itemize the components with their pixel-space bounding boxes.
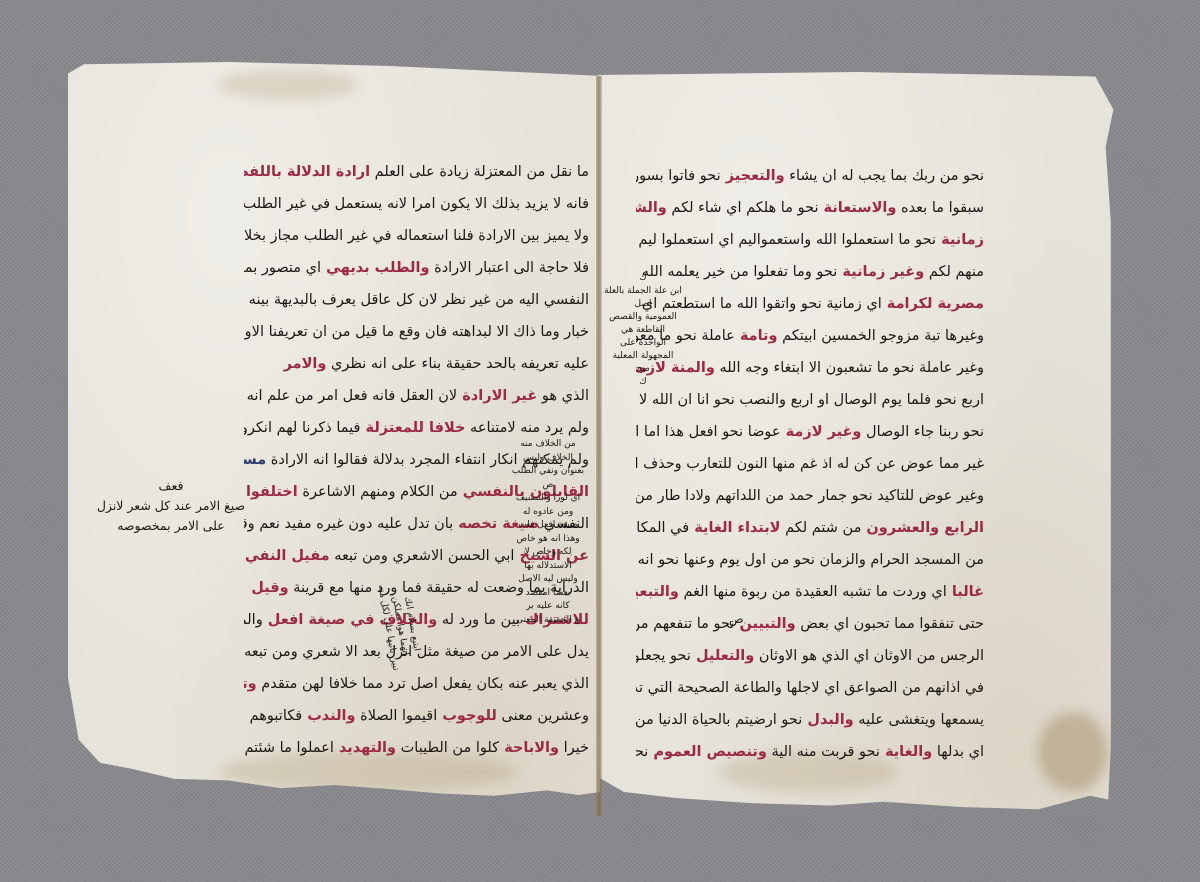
text-segment: فلا حاجة الى اعتبار الارادة [429, 260, 589, 276]
rubricated-word: والامر [284, 356, 327, 372]
rubricated-word: والبدل [802, 712, 853, 728]
text-segment: نحو فاتوا بسورة من مثله تامة [636, 168, 721, 184]
text-segment: والمراد بها كل ما [244, 612, 263, 628]
text-segment: اي وردت ما تشبه العقيدة من ربوة منها الغ… [679, 584, 947, 600]
text-segment: اربع نحو فلما يوم الوصال او اربع والنصب [735, 392, 984, 408]
manuscript-line: غير مما عوض عن كن له اذ غم منها النون لل… [636, 448, 984, 480]
text-segment: نحو من ربك بما يجب له ان يشاء [785, 168, 984, 184]
rubricated-word: غالبا [947, 584, 984, 600]
manuscript-line: عليه تعريفه بالحد حقيقة بناء على انه نظر… [244, 348, 589, 380]
rubricated-word: وقيل [251, 580, 288, 596]
water-stain [1038, 712, 1108, 792]
margin-note-line: القاطعة هي [598, 324, 688, 337]
margin-note-line: الواحدة على [598, 337, 688, 350]
text-segment: لان العقل فانه فعل امر من علم انه لا يوج… [244, 388, 457, 404]
margin-note-line: المجهولة المعلية [598, 350, 688, 363]
text-segment: سبقوا ما بعده [896, 200, 984, 216]
manuscript-line: النفسي اليه من غير نظر لان كل عاقل يعرف … [244, 284, 589, 316]
manuscript-line: غالبا اي وردت ما تشبه العقيدة من ربوة من… [636, 576, 984, 608]
rubricated-word: والشرطية [636, 200, 667, 216]
manuscript-line: في اذانهم من الصواعق اي لاجلها والطاعة ا… [636, 672, 984, 704]
text-segment: في المكان نحو منها [636, 520, 689, 536]
text-segment: نحو ارضيتم بالحياة الدنيا من الاخرة [636, 712, 802, 728]
text-segment: كلوا من الطيبات [396, 740, 499, 756]
manuscript-line: ما نقل من المعتزلة زيادة على العلم ارادة… [244, 156, 589, 188]
text-segment: خيرا [559, 740, 589, 756]
text-segment: نحو ما استعملوا الله واستعمواليم اي استع… [636, 232, 936, 248]
text-segment: خبار وما ذاك الا لبداهته فان وقع ما قيل … [244, 324, 589, 340]
text-segment: ابي الحسن الاشعري ومن تبعه [330, 548, 515, 564]
rubricated-word: زمانية [936, 232, 984, 248]
rubricated-word: مفيل النفي للوقف [244, 548, 330, 564]
manuscript-line: وعشرين معنى للوجوب اقيموا الصلاة والندب … [244, 700, 589, 732]
rubricated-word: والتهديد [334, 740, 396, 756]
manuscript-line: الرجس من الاوثان اي الذي هو الاوثان والت… [636, 640, 984, 672]
rubricated-word: وترد لعشرين [244, 676, 257, 692]
manuscript-line: منهم لكم وغير زمانية نحو وما تفعلوا من خ… [636, 256, 984, 288]
margin-note-line: الاستدلاله بها [508, 560, 588, 574]
rubricated-word: والاستعانة [818, 200, 896, 216]
text-segment: نحو ما من الدار [636, 744, 648, 760]
left-outer-margin-note: فعفصيغ الامر عند كل شعر لانزلعلى الامر ب… [86, 476, 256, 536]
page-gutter [596, 76, 602, 816]
manuscript-line: فلا حاجة الى اعتبار الارادة والطلب بديهي… [244, 252, 589, 284]
text-segment: نحو يجعلون اصابعهم [636, 648, 691, 664]
water-stain [218, 70, 358, 100]
rubricated-word: وغير زمانية [837, 264, 924, 280]
margin-note-line: الخلاف وليس [508, 452, 588, 466]
text-segment: اي بدلها [932, 744, 984, 760]
rubricated-word: وتنصيص العموم [648, 744, 767, 760]
text-segment: اي متصور بمجرد التعقل [244, 260, 321, 276]
margin-note-line: ابن علة الجملة بالعلة اصل [598, 285, 688, 311]
text-segment: الذي هو [537, 388, 589, 404]
manuscript-line: سبقوا ما بعده والاستعانة نحو ما هلكم اي … [636, 192, 984, 224]
margin-note-line: ومن عادوه له [508, 506, 588, 520]
rubricated-word: والاباحة [499, 740, 559, 756]
text-segment: نحو قربت منه الية [767, 744, 880, 760]
inner-margin-note: من الخلاف منهالخلاف وليسبعنوان ونفي الطل… [508, 438, 588, 627]
margin-note-line: فعف [86, 476, 256, 496]
margin-note-line: صيغ الامر عند كل شعر لانزل [86, 496, 256, 516]
text-segment: نحو ما تنفعهم من ايه باجتنبوا [636, 616, 734, 632]
text-segment: عوضا نحو افعل هذا اما انت تنعت [636, 424, 781, 440]
margin-note-line: ك [598, 376, 688, 389]
text-segment: غير مما عوض عن كن له اذ غم منها النون لل… [636, 456, 984, 472]
manuscript-line: فانه لا يزيد بذلك الا يكون امرا لانه يست… [244, 188, 589, 220]
text-segment: نحو انا ان الله لا هو واحد والحي [636, 392, 735, 408]
rubricated-word: والطلب بديهي [321, 260, 429, 276]
rubricated-word: والتعجيز [721, 168, 785, 184]
text-segment: ما نقل من المعتزلة زيادة على العلم [370, 164, 589, 180]
rubricated-word: والتبعيض [636, 584, 679, 600]
text-segment: الذي يعبر عنه بكان يفعل اصل ترد مما خلاف… [257, 676, 589, 692]
manuscript-line: خبار وما ذاك الا لبداهته فان وقع ما قيل … [244, 316, 589, 348]
manuscript-line: ولا يميز بين الارادة فلنا استعماله في غي… [244, 220, 589, 252]
text-segment: في اذانهم من الصواعق اي لاجلها والطاعة ا… [636, 680, 984, 696]
manuscript-line: مصرية لكرامة اي زمانية نحو واتقوا الله م… [636, 288, 984, 320]
manuscript-line: اربع نحو فلما يوم الوصال او اربع والنصب … [636, 384, 984, 416]
rubricated-word: والغاية [880, 744, 932, 760]
text-segment: وعشرين معنى [497, 708, 589, 724]
margin-note-line: وهذا انه هو خاص [508, 533, 588, 547]
manuscript-line: يسمعها ويتغشى عليه والبدل نحو ارضيتم بال… [636, 704, 984, 736]
manuscript-line: وغير عوض للتاكيد نحو جمار حمد من اللداته… [636, 480, 984, 512]
margin-note-line: ك [598, 272, 688, 285]
manuscript-line: من المسجد الحرام والزمان نحو من اول يوم … [636, 544, 984, 576]
text-segment: وغير عاملة نحو ما تشعبون الا ابتغاء وجه … [715, 360, 984, 376]
blue-heading-word: مسئلة [244, 452, 266, 468]
rubricated-word: ارادة الدلالة باللفظ على القلب [244, 164, 370, 180]
rubricated-word: للوجوب [437, 708, 497, 724]
text-segment: عليه تعريفه بالحد حقيقة بناء على انه نظر… [326, 356, 589, 372]
text-segment: اقيموا الصلاة [356, 708, 438, 724]
rubricated-word: الرابع والعشرون [861, 520, 984, 536]
text-segment: نحو ما هلكم اي شاء لكم [667, 200, 819, 216]
text-segment: حتى تنفقوا مما تحبون اي بعض [796, 616, 984, 632]
text-segment: منهم لكم [924, 264, 984, 280]
manuscript-line: الذي هو غير الارادة لان العقل فانه فعل ا… [244, 380, 589, 412]
manuscript-line: نحو من ربك بما يجب له ان يشاء والتعجيز ن… [636, 160, 984, 192]
text-segment: يسمعها ويتغشى عليه [854, 712, 984, 728]
rubricated-word: غير الارادة [457, 388, 537, 404]
manuscript-line: اي بدلها والغاية نحو قربت منه الية وتنصي… [636, 736, 984, 768]
rubricated-word: والتعليل [691, 648, 754, 664]
text-segment: فانه لا يزيد بذلك الا يكون امرا لانه يست… [244, 196, 589, 212]
text-segment: من المسجد الحرام والزمان نحو من اول يوم … [636, 552, 984, 568]
folio-mark: ص [729, 612, 744, 626]
text-segment: وغير عوض للتاكيد نحو جمار حمد من اللداته… [636, 488, 984, 504]
text-segment: ولم يرد منه لامتناعه [465, 420, 589, 436]
text-segment: من شتم لكم [780, 520, 861, 536]
rubricated-word: وتامة [735, 328, 778, 344]
margin-note-line: صح [598, 363, 688, 376]
margin-note-line: كانه عليه بر [508, 600, 588, 614]
manuscript-line: خيرا والاباحة كلوا من الطيبات والتهديد ا… [244, 732, 589, 764]
text-segment: الرجس من الاوثان اي الذي هو الاوثان [754, 648, 984, 664]
manuscript-line: وغيرها تبة مزوجو الخمسين ابيتكم وتامة عا… [636, 320, 984, 352]
text-segment: نحو ربنا جاء الوصال [861, 424, 984, 440]
text-segment: وغيرها تبة مزوجو الخمسين ابيتكم [778, 328, 985, 344]
margin-note-line: وليس ليه الاصل [508, 573, 588, 587]
margin-note-line: من الخلاف منه [508, 438, 588, 452]
margin-note-line: العمومية والقصص [598, 311, 688, 324]
manuscript-line: الرابع والعشرون من شتم لكم لابتداء الغاي… [636, 512, 984, 544]
rubricated-word: لابتداء الغاية [689, 520, 780, 536]
right-page-margin-note: كابن علة الجملة بالعلة اصلالعمومية والقص… [598, 272, 688, 389]
rubricated-word: وغير لازمة [781, 424, 862, 440]
text-segment: ولا يميز بين الارادة فلنا استعماله في غي… [244, 228, 589, 244]
text-segment: النفسي اليه من غير نظر لان كل عاقل يعرف … [244, 292, 589, 308]
manuscript-line: زمانية نحو ما استعملوا الله واستعمواليم … [636, 224, 984, 256]
text-segment: فيما ذكرنا لهم انكروا الكلام النفسي [244, 420, 360, 436]
margin-note-line: بعضا امفصد [508, 587, 588, 601]
rubricated-word: والندب [302, 708, 355, 724]
rubricated-word: مصرية لكرامة [882, 296, 984, 312]
manuscript-line: حتى تنفقوا مما تحبون اي بعض والتبيين نحو… [636, 608, 984, 640]
text-segment: من الكلام ومنهم الاشاعرة [298, 484, 458, 500]
manuscript-line: نحو ربنا جاء الوصال وغير لازمة عوضا نحو … [636, 416, 984, 448]
rubricated-word: خلافا للمعتزلة [360, 420, 465, 436]
text-segment: اعملوا ما شئتم وحرمة [244, 740, 334, 756]
margin-note-line: صيغة افعل فلت [508, 519, 588, 533]
text-segment: بان تدل عليه دون غيره مفيد نعم وقيل لا و… [244, 516, 453, 532]
margin-note-line: ع الحقيقة المعنى [508, 614, 588, 628]
margin-note-line: اي لورا والتصنيف [508, 492, 588, 506]
manuscript-line: وغير عاملة نحو ما تشعبون الا ابتغاء وجه … [636, 352, 984, 384]
right-page-text: نحو من ربك بما يجب له ان يشاء والتعجيز ن… [636, 160, 984, 768]
text-segment: فكاتبوهم ان علمتم فيهم [244, 708, 302, 724]
margin-note-line: ص [508, 479, 588, 493]
margin-note-line: على الامر بمخصوصه [86, 516, 256, 536]
margin-note-line: لكه وخاص لا [508, 546, 588, 560]
margin-note-line: بعنوان ونفي الطلب [508, 465, 588, 479]
